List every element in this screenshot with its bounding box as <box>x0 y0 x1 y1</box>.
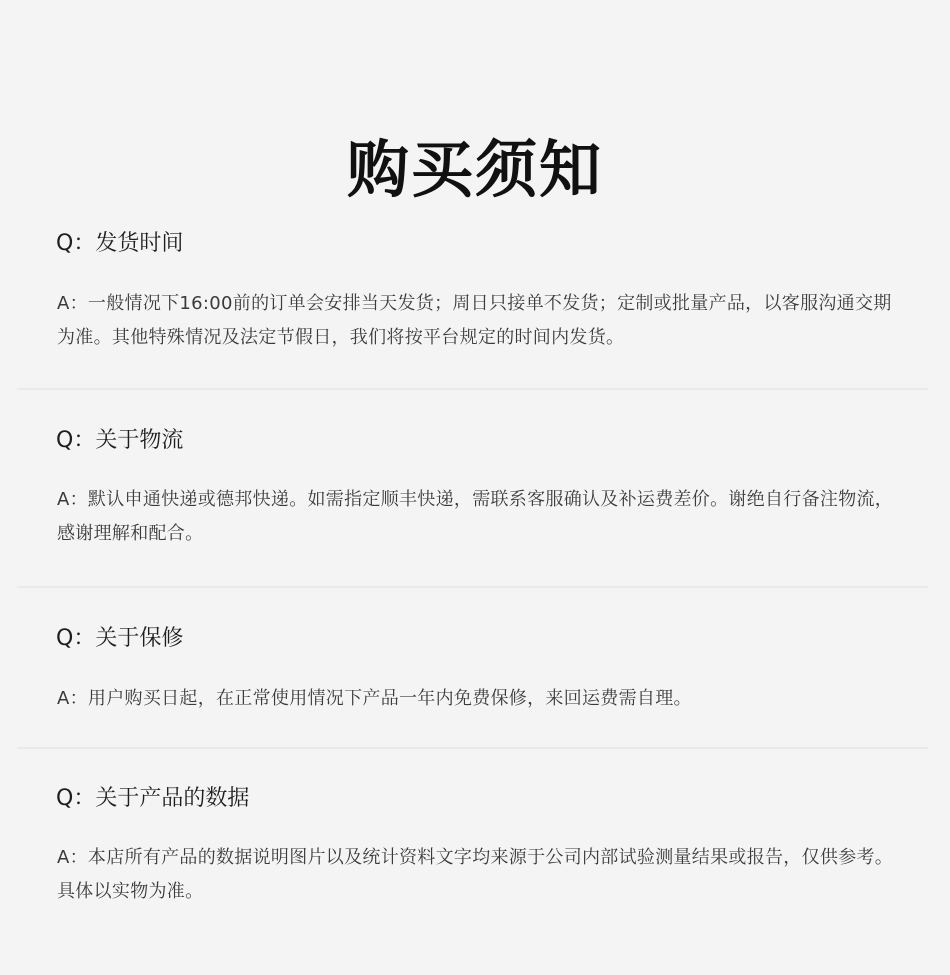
faq-answer-shipping-time: A：一般情况下16:00前的订单会安排当天发货；周日只接单不发货；定制或批量产品… <box>57 287 902 355</box>
faq-question-logistics: Q：关于物流 <box>56 426 183 456</box>
faq-answer-warranty: A：用户购买日起，在正常使用情况下产品一年内免费保修，来回运费需自理。 <box>57 682 902 716</box>
faq-question-product-data: Q：关于产品的数据 <box>56 784 249 814</box>
section-divider <box>17 747 928 749</box>
faq-question-warranty: Q：关于保修 <box>56 624 183 654</box>
faq-answer-product-data: A：本店所有产品的数据说明图片以及统计资料文字均来源于公司内部试验测量结果或报告… <box>57 841 902 909</box>
faq-answer-logistics: A：默认申通快递或德邦快递。如需指定顺丰快递，需联系客服确认及补运费差价。谢绝自… <box>57 483 902 551</box>
section-divider <box>17 586 928 588</box>
faq-question-shipping-time: Q：发货时间 <box>56 229 183 259</box>
page-title: 购买须知 <box>0 130 950 210</box>
section-divider <box>17 388 928 390</box>
